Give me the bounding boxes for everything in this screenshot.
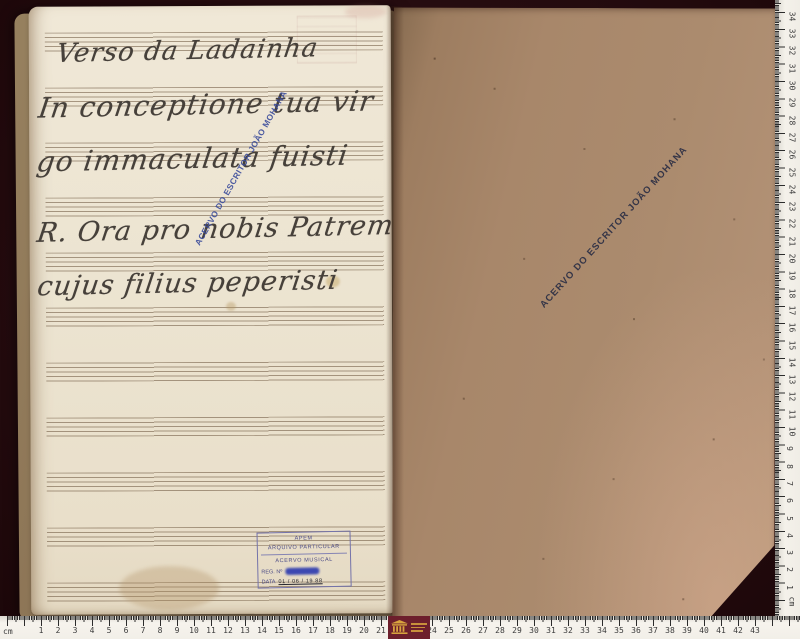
ruler-number: 15	[274, 626, 284, 635]
ruler-number: 18	[325, 626, 335, 635]
music-manuscript-page: Verso da Ladainha In conceptione tua vir…	[29, 5, 394, 615]
registry-line-3: ACERVO MUSICAL	[261, 556, 347, 566]
collection-stamp: ACERVO DO ESCRITOR JOÃO MOHANA	[538, 144, 690, 310]
kraft-cover-page: ACERVO DO ESCRITOR JOÃO MOHANA	[392, 8, 776, 631]
handwritten-line: Verso da Ladainha	[54, 33, 320, 69]
archive-building-icon	[391, 620, 408, 635]
ruler-number: 11	[206, 626, 216, 635]
ruler-number: 23	[787, 202, 796, 212]
ruler-number: 30	[529, 626, 539, 635]
ruler-number: 43	[750, 626, 760, 635]
staff	[46, 306, 384, 326]
ruler-number: 17	[308, 626, 318, 635]
ruler-number: 39	[682, 626, 692, 635]
ruler-number: 15	[787, 340, 796, 350]
ruler-number: 19	[787, 271, 796, 281]
ruler-number: 37	[648, 626, 658, 635]
ruler-number: 14	[257, 626, 267, 635]
ruler-number: 5	[107, 626, 112, 635]
vertical-ruler: cm 1234567891011121314151617181920212223…	[775, 0, 800, 616]
ruler-number: 21	[787, 236, 796, 246]
ruler-number: 34	[787, 11, 796, 21]
ruler-number: 3	[73, 626, 78, 635]
ruler-number: 32	[787, 46, 796, 56]
ruler-number: 11	[787, 409, 796, 419]
registry-stamp-box: APEM ARQUIVO PARTICULAR ACERVO MUSICAL R…	[256, 531, 351, 589]
ruler-number: 19	[342, 626, 352, 635]
ruler-number: 33	[787, 29, 796, 39]
ruler-number: 8	[158, 626, 163, 635]
ruler-number: 31	[546, 626, 556, 635]
ruler-unit-label: cm	[3, 627, 13, 636]
ruler-number: 25	[444, 626, 454, 635]
ruler-number: 7	[785, 481, 794, 486]
ruler-number: 32	[563, 626, 573, 635]
registry-number-scribble	[285, 568, 319, 576]
registry-date-label: DATA	[261, 578, 275, 587]
ruler-number: 16	[787, 323, 796, 333]
ruler-number: 26	[461, 626, 471, 635]
ruler-number: 2	[785, 567, 794, 572]
paper-stain	[119, 566, 219, 610]
ruler-number: 42	[733, 626, 743, 635]
ruler-number: 17	[787, 306, 796, 316]
ruler-number: 1	[785, 585, 794, 590]
ruler-number: 10	[787, 427, 796, 437]
archive-logo	[388, 616, 430, 639]
registry-reg-label: REG. Nº	[261, 568, 282, 577]
ruler-number: 13	[787, 375, 796, 385]
staff	[46, 361, 384, 381]
ruler-number: 20	[787, 254, 796, 264]
staff	[47, 471, 385, 491]
ruler-number: 14	[787, 357, 796, 367]
ruler-number: 36	[631, 626, 641, 635]
ruler-number: 28	[495, 626, 505, 635]
ruler-number: 28	[787, 115, 796, 125]
ruler-number: 27	[787, 133, 796, 143]
ruler-number: 7	[141, 626, 146, 635]
ruler-number: 6	[785, 498, 794, 503]
ruler-number: 26	[787, 150, 796, 160]
ruler-number: 12	[787, 392, 796, 402]
ruler-number: 33	[580, 626, 590, 635]
ruler-number: 27	[478, 626, 488, 635]
ruler-number: 41	[716, 626, 726, 635]
ruler-number: 22	[787, 219, 796, 229]
ruler-number: 3	[785, 550, 794, 555]
ruler-number: 16	[291, 626, 301, 635]
ruler-number: 2	[56, 626, 61, 635]
ruler-number: 20	[359, 626, 369, 635]
ruler-unit-label: cm	[787, 597, 796, 607]
ruler-number: 9	[785, 446, 794, 451]
ruler-number: 34	[597, 626, 607, 635]
handwritten-line: cujus filius peperisti	[35, 265, 340, 303]
ruler-number: 29	[787, 98, 796, 108]
staff	[46, 416, 384, 436]
ruler-number: 21	[376, 626, 386, 635]
ruler-number: 30	[787, 81, 796, 91]
ruler-number: 4	[785, 533, 794, 538]
ruler-number: 12	[223, 626, 233, 635]
ruler-number: 40	[699, 626, 709, 635]
registry-line-2: ARQUIVO PARTICULAR	[261, 542, 347, 552]
ruler-number: 35	[614, 626, 624, 635]
ruler-number: 5	[785, 516, 794, 521]
paper-specks	[434, 58, 436, 60]
spine-shadow	[386, 6, 404, 618]
ruler-number: 24	[787, 184, 796, 194]
ruler-number: 29	[512, 626, 522, 635]
ruler-number: 6	[124, 626, 129, 635]
ruler-number: 10	[189, 626, 199, 635]
paper-stain	[345, 5, 387, 18]
scanned-manuscript-view: Verso da Ladainha In conceptione tua vir…	[0, 0, 800, 639]
ruler-number: 18	[787, 288, 796, 298]
ruler-number: 13	[240, 626, 250, 635]
ruler-number: 4	[90, 626, 95, 635]
paper-stain	[226, 302, 236, 311]
ruler-number: 8	[785, 464, 794, 469]
horizontal-ruler: cm 1234567891011121314151617181920212223…	[0, 616, 800, 639]
ruler-number: 25	[787, 167, 796, 177]
ruler-number: 38	[665, 626, 675, 635]
ruler-number: 1	[39, 626, 44, 635]
handwritten-line: go immaculata fuisti	[35, 139, 351, 179]
ruler-number: 9	[175, 626, 180, 635]
ruler-number: 31	[787, 63, 796, 73]
registry-date-value: 01 / 06 / 19 88	[278, 577, 322, 586]
archive-logo-text	[411, 623, 427, 632]
